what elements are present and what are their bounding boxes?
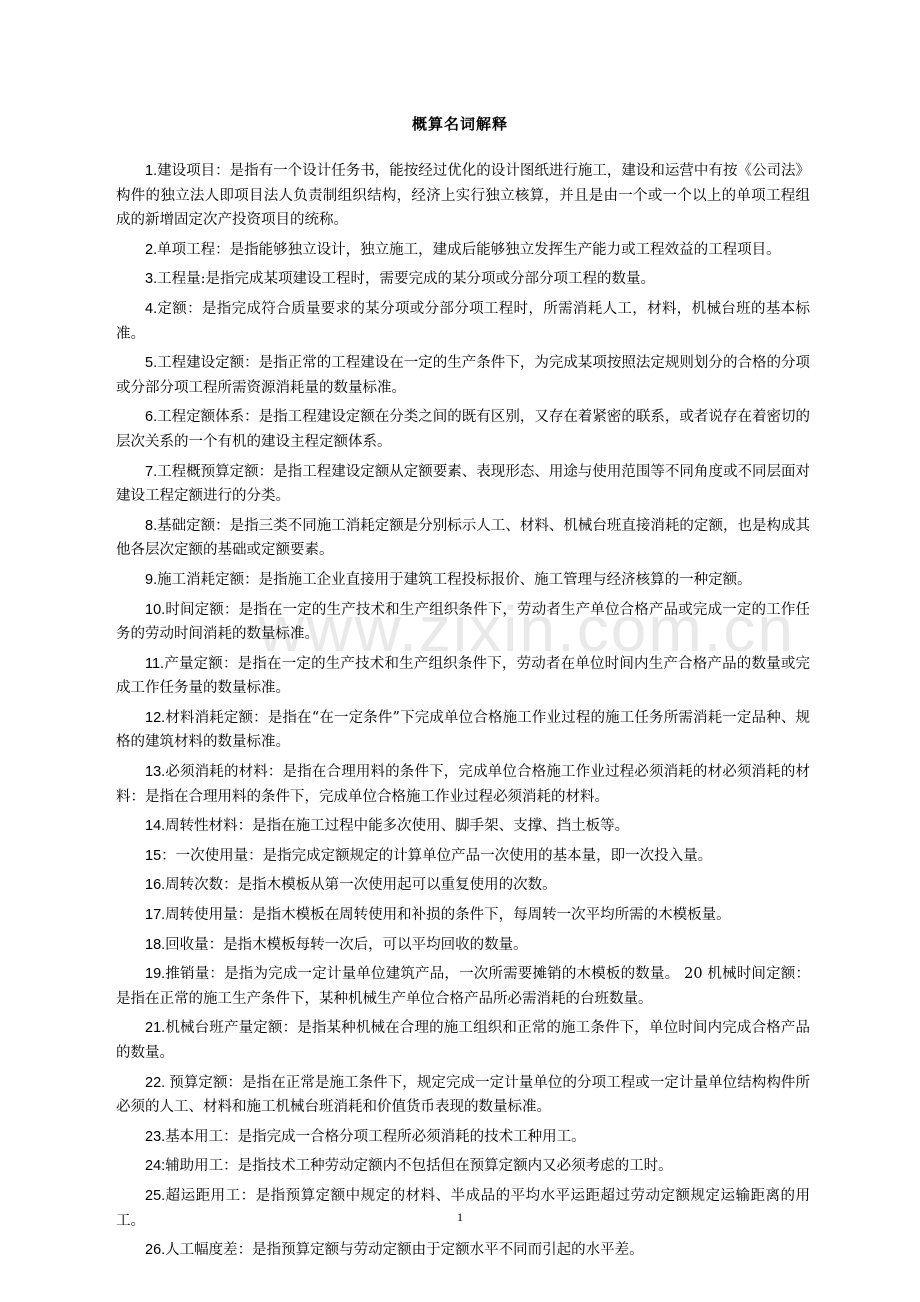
entry-number: 2. — [145, 242, 157, 258]
entry: 11.产量定额：是指在一定的生产技术和生产组织条件下，劳动者在单位时间内生产合格… — [116, 652, 810, 701]
document-title: 概算名词解释 — [0, 113, 920, 134]
entry: 21.机械台班产量定额：是指某种机械在合理的施工组织和正常的施工条件下，单位时间… — [116, 1016, 810, 1065]
entry: 14.周转性材料：是指在施工过程中能多次使用、脚手架、支撑、挡土板等。 — [116, 814, 810, 839]
entry-text: 基础定额：是指三类不同施工消耗定额是分别标示人工、材料、机械台班直接消耗的定额，… — [116, 518, 810, 559]
entry-number: 16. — [145, 877, 165, 893]
entry: 1.建设项目：是指有一个设计任务书，能按经过优化的设计图纸进行施工，建设和运营中… — [116, 159, 810, 233]
entry: 26.人工幅度差：是指预算定额与劳动定额由于定额水平不同而引起的水平差。 — [116, 1238, 810, 1263]
document-body: 1.建设项目：是指有一个设计任务书，能按经过优化的设计图纸进行施工，建设和运营中… — [116, 159, 810, 1268]
entry-number: 15： — [145, 848, 176, 864]
entry-number: 7. — [145, 464, 157, 480]
entry-text: 周转使用量：是指木模板在周转使用和补损的条件下，每周转一次平均所需的木模板量。 — [165, 907, 731, 923]
entry-number: 18. — [145, 937, 165, 953]
entry-text: 工程定额体系：是指工程建设定额在分类之间的既有区别，又存在着紧密的联系，或者说存… — [116, 409, 810, 450]
entry: 12.材料消耗定额：是指在“在一定条件”下完成单位合格施工作业过程的施工任务所需… — [116, 706, 810, 755]
entry: 23.基本用工：是指完成一合格分项工程所必须消耗的技术工种用工。 — [116, 1125, 810, 1150]
entry: 8.基础定额：是指三类不同施工消耗定额是分别标示人工、材料、机械台班直接消耗的定… — [116, 514, 810, 563]
entry-text: 回收量：是指木模板每转一次后，可以平均回收的数量。 — [165, 937, 528, 953]
entry: 5.工程建设定额：是指正常的工程建设在一定的生产条件下，为完成某项按照法定规则划… — [116, 351, 810, 400]
entry: 17.周转使用量：是指木模板在周转使用和补损的条件下，每周转一次平均所需的木模板… — [116, 903, 810, 928]
entry: 2.单项工程：是指能够独立设计，独立施工，建成后能够独立发挥生产能力或工程效益的… — [116, 238, 810, 263]
entry-text: 时间定额：是指在一定的生产技术和生产组织条件下，劳动者生产单位合格产品或完成一定… — [116, 602, 810, 643]
entry-number: 25. — [145, 1188, 165, 1204]
entry: 9.施工消耗定额：是指施工企业直接用于建筑工程投标报价、施工管理与经济核算的一种… — [116, 568, 810, 593]
entry: 24:辅助用工：是指技术工种劳动定额内不包括但在预算定额内又必须考虑的工时。 — [116, 1154, 810, 1179]
entry: 4.定额：是指完成符合质量要求的某分项或分部分项工程时，所需消耗人工，材料，机械… — [116, 297, 810, 346]
entry: 18.回收量：是指木模板每转一次后，可以平均回收的数量。 — [116, 933, 810, 958]
entry-text: 单项工程：是指能够独立设计，独立施工，建成后能够独立发挥生产能力或工程效益的工程… — [157, 242, 781, 258]
entry-number: 4. — [145, 301, 157, 317]
entry-text: 建设项目：是指有一个设计任务书，能按经过优化的设计图纸进行施工，建设和运营中有按… — [116, 163, 810, 228]
entry-text: 工程建设定额：是指正常的工程建设在一定的生产条件下，为完成某项按照法定规则划分的… — [116, 355, 810, 396]
entry: 6.工程定额体系：是指工程建设定额在分类之间的既有区别，又存在着紧密的联系，或者… — [116, 405, 810, 454]
entry-number: 24: — [145, 1158, 165, 1174]
entry-number: 21. — [145, 1020, 165, 1036]
entry-text: 推销量：是指为完成一定计量单位建筑产品，一次所需要摊销的木模板的数量。 20 机… — [116, 966, 810, 1007]
entry-number: 12. — [145, 710, 165, 726]
entry: 13.必须消耗的材料：是指在合理用料的条件下，完成单位合格施工作业过程必须消耗的… — [116, 760, 810, 809]
entry-text: 预算定额：是指在正常是施工条件下，规定完成一定计量单位的分项工程或一定计量单位结… — [116, 1075, 810, 1116]
entry-text: 周转性材料：是指在施工过程中能多次使用、脚手架、支撑、挡土板等。 — [165, 818, 629, 834]
entry-number: 26. — [145, 1242, 165, 1258]
entry: 25.超运距用工：是指预算定额中规定的材料、半成品的平均水平运距超过劳动定额规定… — [116, 1184, 810, 1233]
entry: 10.时间定额：是指在一定的生产技术和生产组织条件下，劳动者生产单位合格产品或完… — [116, 598, 810, 647]
entry-text: 人工幅度差：是指预算定额与劳动定额由于定额水平不同而引起的水平差。 — [165, 1242, 644, 1258]
entry-number: 23. — [145, 1129, 165, 1145]
entry-text: 基本用工：是指完成一合格分项工程所必须消耗的技术工种用工。 — [165, 1129, 586, 1145]
entry-number: 14. — [145, 818, 165, 834]
entry: 22. 预算定额：是指在正常是施工条件下，规定完成一定计量单位的分项工程或一定计… — [116, 1071, 810, 1120]
entry-text: 辅助用工：是指技术工种劳动定额内不包括但在预算定额内又必须考虑的工时。 — [165, 1158, 673, 1174]
entry-text: 定额：是指完成符合质量要求的某分项或分部分项工程时，所需消耗人工，材料，机械台班… — [116, 301, 810, 342]
entry-number: 3. — [145, 271, 157, 287]
entry-number: 8. — [145, 518, 157, 534]
entry-number: 19. — [145, 966, 165, 982]
entry-number: 9. — [145, 572, 157, 588]
entry-text: 必须消耗的材料：是指在合理用料的条件下，完成单位合格施工作业过程必须消耗的材必须… — [116, 764, 810, 805]
entry-text: 周转次数：是指木模板从第一次使用起可以重复使用的次数。 — [165, 877, 557, 893]
entry-text: 工程概预算定额：是指工程建设定额从定额要素、表现形态、用途与使用范围等不同角度或… — [116, 464, 810, 505]
entry-text: 材料消耗定额：是指在“在一定条件”下完成单位合格施工作业过程的施工任务所需消耗一… — [116, 710, 810, 751]
entry-number: 13. — [145, 764, 165, 780]
entry-number: 11. — [145, 656, 164, 672]
entry-number: 1. — [145, 163, 157, 179]
entry-number: 6. — [145, 409, 157, 425]
document-page: www.zixin.com.cn 概算名词解释 1.建设项目：是指有一个设计任务… — [0, 0, 920, 1302]
entry-text: 施工消耗定额：是指施工企业直接用于建筑工程投标报价、施工管理与经济核算的一种定额… — [157, 572, 752, 588]
entry-text: 工程量:是指完成某项建设工程时，需要完成的某分项或分部分项工程的数量。 — [157, 271, 655, 287]
entry: 19.推销量：是指为完成一定计量单位建筑产品，一次所需要摊销的木模板的数量。 2… — [116, 962, 810, 1011]
entry: 15：一次使用量：是指完成定额规定的计算单位产品一次使用的基本量，即一次投入量。 — [116, 844, 810, 869]
entry-number: 17. — [145, 907, 165, 923]
entry-text: 机械台班产量定额：是指某种机械在合理的施工组织和正常的施工条件下，单位时间内完成… — [116, 1020, 810, 1061]
entry: 7.工程概预算定额：是指工程建设定额从定额要素、表现形态、用途与使用范围等不同角… — [116, 460, 810, 509]
entry-text: 产量定额：是指在一定的生产技术和生产组织条件下，劳动者在单位时间内生产合格产品的… — [116, 656, 810, 697]
entry-number: 10. — [145, 602, 165, 618]
entry-text: 超运距用工：是指预算定额中规定的材料、半成品的平均水平运距超过劳动定额规定运输距… — [116, 1188, 810, 1229]
entry-text: 一次使用量：是指完成定额规定的计算单位产品一次使用的基本量，即一次投入量。 — [176, 848, 713, 864]
entry: 3.工程量:是指完成某项建设工程时，需要完成的某分项或分部分项工程的数量。 — [116, 267, 810, 292]
entry-number: 22. — [145, 1075, 169, 1091]
entry-number: 5. — [145, 355, 157, 371]
entry: 16.周转次数：是指木模板从第一次使用起可以重复使用的次数。 — [116, 873, 810, 898]
